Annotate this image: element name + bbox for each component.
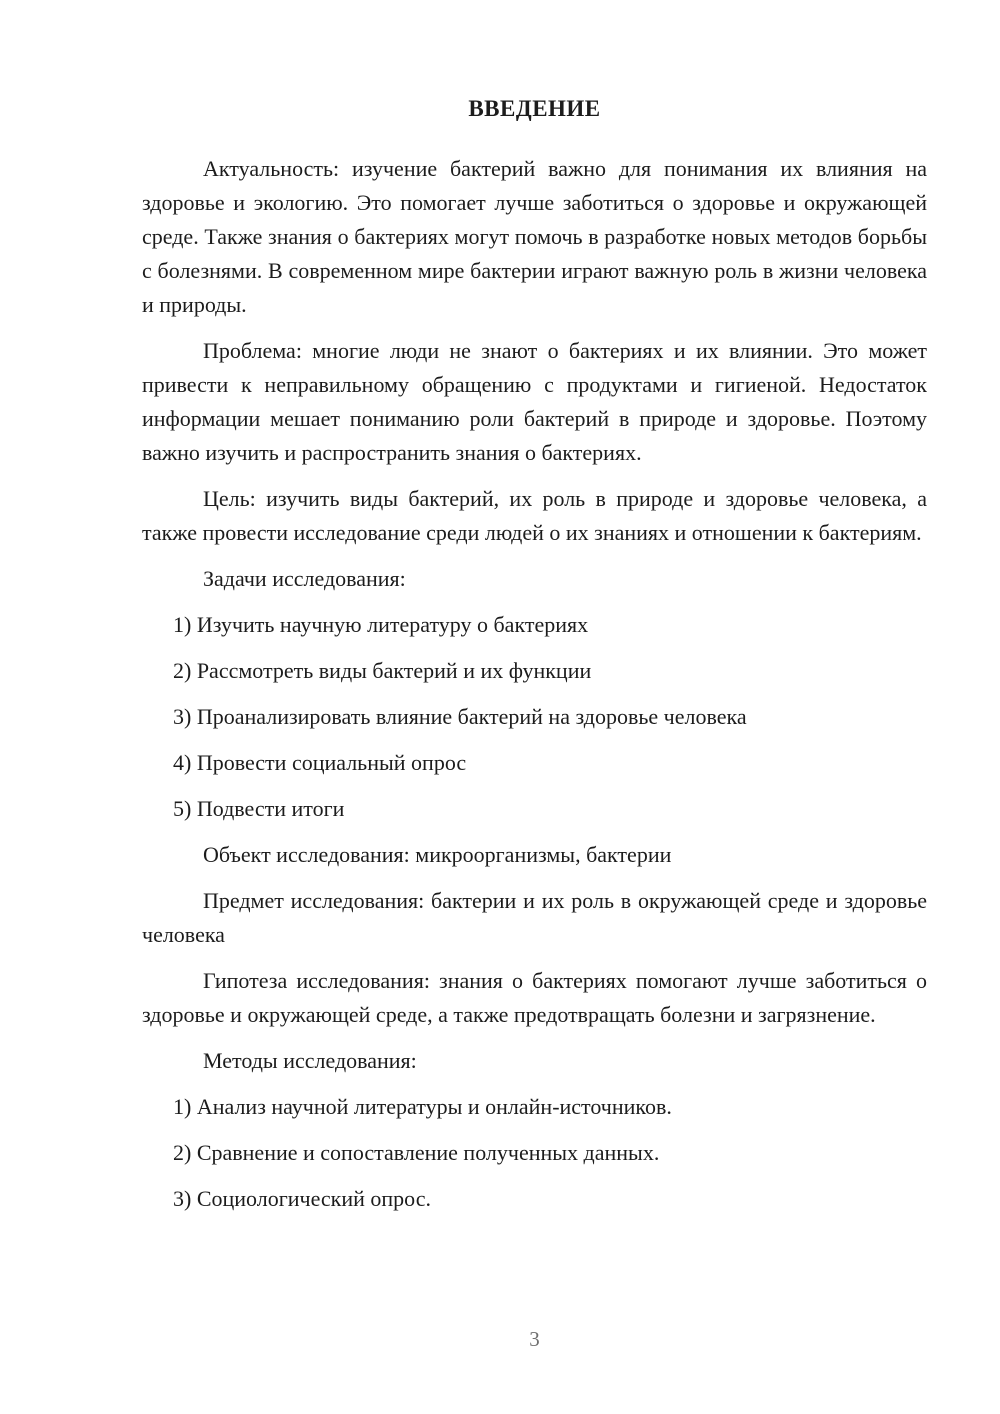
document-body: ВВЕДЕНИЕ Актуальность: изучение бактерий… — [142, 92, 927, 1228]
page-title: ВВЕДЕНИЕ — [142, 92, 927, 126]
paragraph-relevance: Актуальность: изучение бактерий важно дл… — [142, 152, 927, 322]
paragraph-subject: Предмет исследования: бактерии и их роль… — [142, 884, 927, 952]
task-item-4: 4) Провести социальный опрос — [173, 746, 927, 780]
task-item-3: 3) Проанализировать влияние бактерий на … — [173, 700, 927, 734]
paragraph-goal: Цель: изучить виды бактерий, их роль в п… — [142, 482, 927, 550]
task-item-5: 5) Подвести итоги — [173, 792, 927, 826]
document-page: ВВЕДЕНИЕ Актуальность: изучение бактерий… — [0, 0, 1000, 1414]
paragraph-object: Объект исследования: микроорганизмы, бак… — [142, 838, 927, 872]
paragraph-hypothesis: Гипотеза исследования: знания о бактерия… — [142, 964, 927, 1032]
method-item-1: 1) Анализ научной литературы и онлайн-ис… — [173, 1090, 927, 1124]
paragraph-methods-heading: Методы исследования: — [142, 1044, 927, 1078]
method-item-3: 3) Социологический опрос. — [173, 1182, 927, 1216]
task-item-1: 1) Изучить научную литературу о бактерия… — [173, 608, 927, 642]
task-item-2: 2) Рассмотреть виды бактерий и их функци… — [173, 654, 927, 688]
paragraph-tasks-heading: Задачи исследования: — [142, 562, 927, 596]
method-item-2: 2) Сравнение и сопоставление полученных … — [173, 1136, 927, 1170]
paragraph-problem: Проблема: многие люди не знают о бактери… — [142, 334, 927, 470]
page-number: 3 — [142, 1327, 927, 1352]
